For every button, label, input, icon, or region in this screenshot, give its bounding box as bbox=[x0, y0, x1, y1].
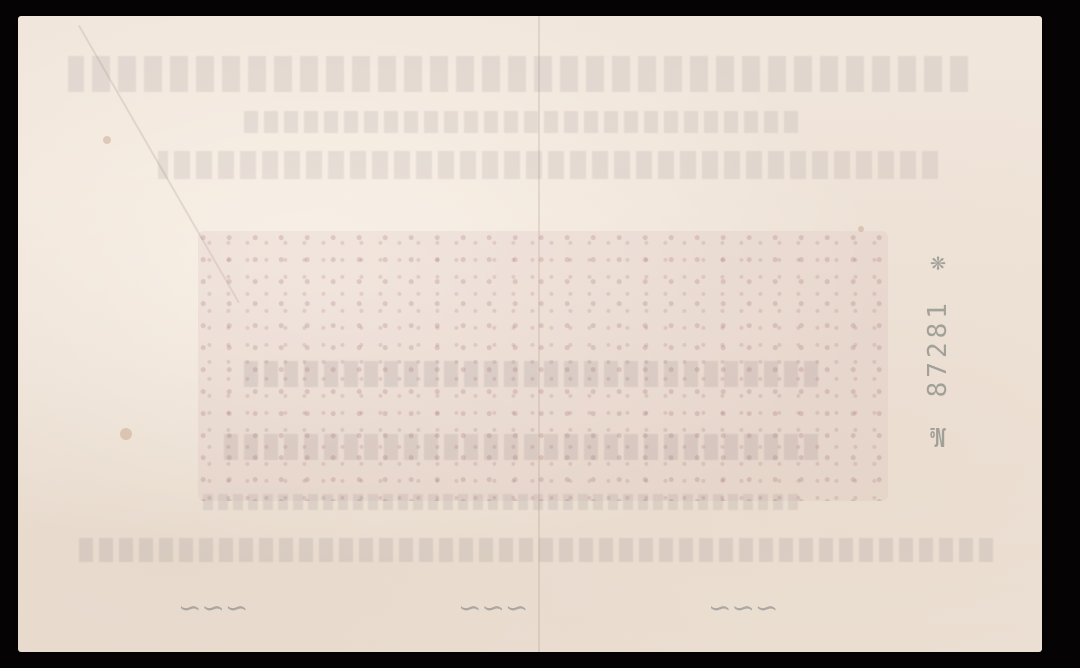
serial-number: № 87281 ❋ bbox=[923, 221, 963, 451]
ghost-text-block-3 bbox=[198, 494, 798, 510]
stain-spot bbox=[103, 136, 111, 144]
ghost-heading-line-2 bbox=[238, 111, 798, 133]
ghost-heading-line-3 bbox=[158, 151, 938, 179]
ghost-text-block-4 bbox=[73, 538, 993, 562]
stain-spot bbox=[858, 226, 864, 232]
signature-middle: ~~~ bbox=[458, 591, 528, 624]
stain-spot bbox=[120, 428, 132, 440]
signature-left: ~~~ bbox=[178, 591, 248, 624]
banknote-paper: № 87281 ❋ ~~~ ~~~ ~~~ bbox=[18, 16, 1042, 652]
ghost-text-block-2 bbox=[218, 434, 818, 460]
ghost-heading-line-1 bbox=[68, 56, 968, 92]
ghost-text-block-1 bbox=[238, 361, 818, 387]
signature-right: ~~~ bbox=[708, 591, 778, 624]
